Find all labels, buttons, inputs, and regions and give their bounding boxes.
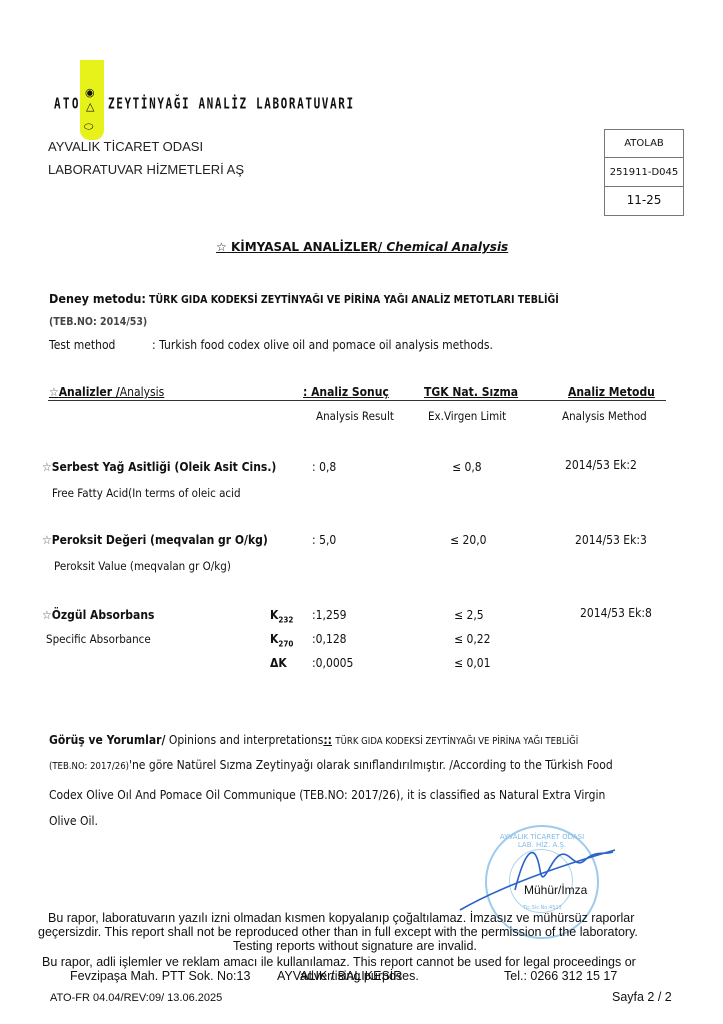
k232-label: K232 [270,608,293,624]
signature-label: Mühür/İmza [524,883,587,897]
delta-k-limit: ≤ 0,01 [454,656,491,670]
col-header-analysis: ☆Analizler /Analysis [49,385,164,399]
row-absorbance-name: ☆Özgül Absorbans [42,608,154,622]
opinion-line3: Codex Olive Oıl And Pomace Oil Communiqu… [49,788,605,802]
eye-icon: ◉ [85,86,95,99]
delta-k-label: ΔK [270,656,287,670]
col-sub-limit: Ex.Virgen Limit [428,409,506,423]
k270-label: K270 [270,632,293,648]
star-icon: ☆ [216,240,227,254]
k232-limit: ≤ 2,5 [454,608,484,622]
k270-limit: ≤ 0,22 [454,632,491,646]
lips-icon: ⬭ [84,120,93,134]
row-ffa-limit: ≤ 0,8 [452,460,482,474]
nose-icon: △ [86,100,94,113]
star-icon: ☆ [42,460,52,474]
title-en: Chemical Analysis [386,240,508,254]
row-absorbance-method: 2014/53 Ek:8 [580,606,652,620]
method-teb-no: (TEB.NO: 2014/53) [49,316,147,328]
method-label: Deney metodu: [49,291,146,306]
footer-line3: Testing reports without signature are in… [233,939,477,953]
opinion-line2: (TEB.NO: 2017/26)'ne göre Natürel Sızma … [49,758,613,772]
footer-address: Fevzipaşa Mah. PTT Sok. No:13 [70,969,250,983]
footer-line4: Bu rapor, adli işlemler ve reklam amacı … [42,955,636,969]
row-peroxide-limit: ≤ 20,0 [450,533,487,547]
ref-lab: ATOLAB [605,130,683,158]
star-icon: ☆ [42,608,52,622]
footer-overlap-text: advertising purposes. [300,969,419,983]
star-icon: ☆ [49,385,59,399]
footer-line1: Bu rapor, laboratuvarın yazılı izni olma… [48,911,634,925]
col-sub-method: Analysis Method [562,409,647,423]
org-name-line1: AYVALIK TİCARET ODASI [48,139,203,154]
col-header-limit: TGK Nat. Sızma [424,385,518,399]
form-code: ATO-FR 04.04/REV:09/ 13.06.2025 [50,992,222,1004]
row-peroxide-name: ☆Peroksit Değeri (meqvalan gr O/kg) [42,533,268,547]
opinion-label: Görüş ve Yorumlar/ [49,733,165,747]
footer-line2: geçersizdir. This report shall not be re… [38,925,638,939]
section-title: ☆ KİMYASAL ANALİZLER/ Chemical Analysis [216,240,508,254]
k270-result: :0,128 [312,632,347,646]
method-en-value: : Turkish food codex olive oil and pomac… [152,338,493,352]
row-peroxide-method: 2014/53 Ek:3 [575,533,647,547]
row-peroxide-result: : 5,0 [312,533,336,547]
logo-ato: ATO [54,95,81,113]
method-line: Deney metodu: TÜRK GIDA KODEKSİ ZEYTİNYA… [49,291,559,306]
method-value: TÜRK GIDA KODEKSİ ZEYTİNYAĞI VE PİRİNA Y… [149,294,559,306]
k232-result: :1,259 [312,608,347,622]
row-ffa-method: 2014/53 Ek:2 [565,458,637,472]
ref-date: 11-25 [605,187,683,215]
row-peroxide-name-en: Peroksit Value (meqvalan gr O/kg) [54,559,231,573]
row-ffa-name: ☆Serbest Yağ Asitliği (Oleik Asit Cins.) [42,460,276,474]
row-ffa-name-en: Free Fatty Acid(In terms of oleic acid [52,486,241,500]
col-sub-result: Analysis Result [316,409,394,423]
row-ffa-result: : 0,8 [312,460,336,474]
page-number: Sayfa 2 / 2 [612,990,672,1004]
delta-k-result: :0,0005 [312,656,353,670]
row-absorbance-name-en: Specific Absorbance [46,632,151,646]
col-header-method: Analiz Metodu [568,385,655,399]
header-underline [48,400,666,401]
logo-lab-name: ZEYTİNYAĞI ANALİZ LABORATUVARI [108,95,355,113]
ref-report-no: 251911-D045 [605,158,683,187]
reference-box: ATOLAB 251911-D045 11-25 [604,129,684,216]
col-header-result: : Analiz Sonuç [303,385,389,399]
footer-phone: Tel.: 0266 312 15 17 [504,969,617,983]
title-tr: KİMYASAL ANALİZLER/ [231,240,382,254]
opinion-line1: Görüş ve Yorumlar/ Opinions and interpre… [49,733,578,747]
star-icon: ☆ [42,533,52,547]
opinion-line4: Olive Oil. [49,814,98,828]
org-name-line2: LABORATUVAR HİZMETLERİ AŞ [48,162,244,177]
method-en-label: Test method [49,338,115,352]
signature-icon [455,830,625,915]
